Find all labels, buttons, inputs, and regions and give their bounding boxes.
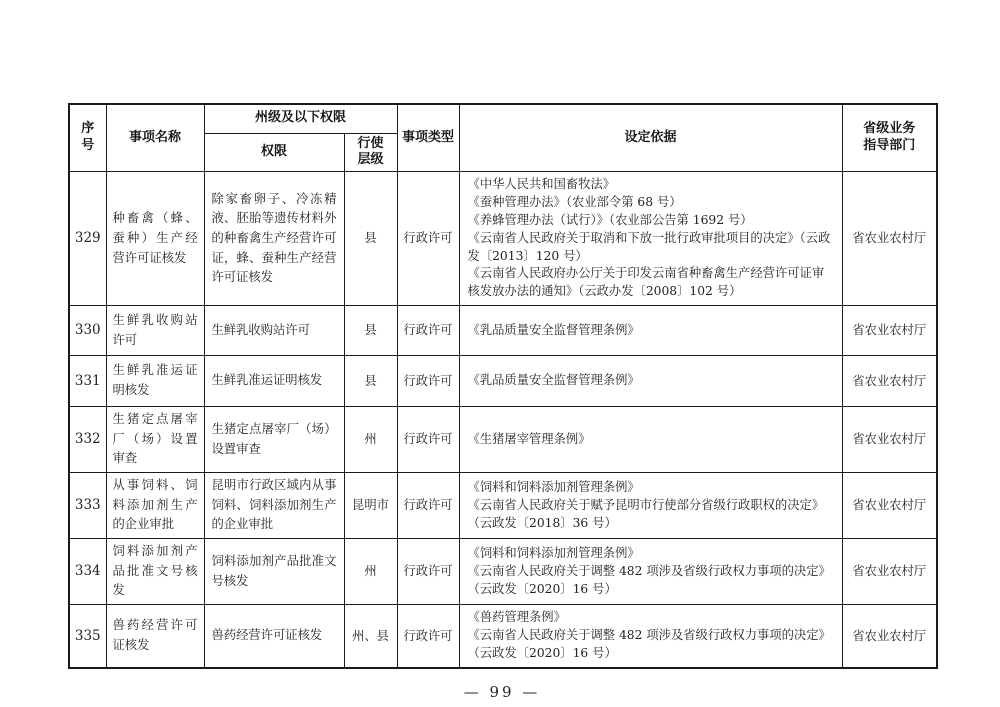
cell-item-name: 饲料添加剂产品批准文号核发 bbox=[106, 539, 204, 605]
table-row: 334 饲料添加剂产品批准文号核发 饲料添加剂产品批准文号核发 州 行政许可 《… bbox=[69, 539, 937, 605]
cell-exercise-level: 州 bbox=[344, 539, 397, 605]
table-row: 330 生鲜乳收购站许可 生鲜乳收购站许可 县 行政许可 《乳品质量安全监督管理… bbox=[69, 306, 937, 356]
cell-guidance-department: 省农业农村厅 bbox=[842, 356, 937, 407]
cell-setting-basis: 《兽药管理条例》 《云南省人民政府关于调整 482 项涉及省级行政权力事项的决定… bbox=[459, 605, 842, 668]
cell-serial-number: 329 bbox=[69, 172, 106, 306]
cell-serial-number: 335 bbox=[69, 605, 106, 668]
cell-item-name: 生猪定点屠宰厂（场）设置审查 bbox=[106, 407, 204, 473]
document-page: 序 号 事项名称 州级及以下权限 事项类型 设定依据 省级业务 指导部门 权限 … bbox=[68, 103, 936, 701]
header-authority: 权限 bbox=[204, 133, 344, 172]
cell-setting-basis: 《饲料和饲料添加剂管理条例》 《云南省人民政府关于调整 482 项涉及省级行政权… bbox=[459, 539, 842, 605]
cell-serial-number: 332 bbox=[69, 407, 106, 473]
cell-exercise-level: 县 bbox=[344, 356, 397, 407]
cell-exercise-level: 县 bbox=[344, 172, 397, 306]
header-guidance-department: 省级业务 指导部门 bbox=[842, 104, 937, 172]
cell-setting-basis: 《乳品质量安全监督管理条例》 bbox=[459, 306, 842, 356]
table-row: 332 生猪定点屠宰厂（场）设置审查 生猪定点屠宰厂（场）设置审查 州 行政许可… bbox=[69, 407, 937, 473]
page-number: — 99 — bbox=[68, 683, 936, 701]
permissions-table: 序 号 事项名称 州级及以下权限 事项类型 设定依据 省级业务 指导部门 权限 … bbox=[68, 103, 938, 669]
cell-setting-basis: 《中华人民共和国畜牧法》 《蚕种管理办法》（农业部令第 68 号） 《养蜂管理办… bbox=[459, 172, 842, 306]
table-row: 335 兽药经营许可证核发 兽药经营许可证核发 州、县 行政许可 《兽药管理条例… bbox=[69, 605, 937, 668]
cell-authority: 饲料添加剂产品批准文号核发 bbox=[204, 539, 344, 605]
cell-item-type: 行政许可 bbox=[397, 172, 459, 306]
cell-serial-number: 334 bbox=[69, 539, 106, 605]
table-row: 331 生鲜乳准运证明核发 生鲜乳准运证明核发 县 行政许可 《乳品质量安全监督… bbox=[69, 356, 937, 407]
cell-item-name: 生鲜乳收购站许可 bbox=[106, 306, 204, 356]
cell-setting-basis: 《饲料和饲料添加剂管理条例》 《云南省人民政府关于赋予昆明市行使部分省级行政职权… bbox=[459, 473, 842, 539]
cell-authority: 除家畜卵子、冷冻精液、胚胎等遗传材料外的种畜禽生产经营许可证，蜂、蚕种生产经营许… bbox=[204, 172, 344, 306]
cell-setting-basis: 《乳品质量安全监督管理条例》 bbox=[459, 356, 842, 407]
cell-setting-basis: 《生猪屠宰管理条例》 bbox=[459, 407, 842, 473]
header-state-level-authority-group: 州级及以下权限 bbox=[204, 104, 397, 133]
cell-item-name: 兽药经营许可证核发 bbox=[106, 605, 204, 668]
cell-exercise-level: 昆明市 bbox=[344, 473, 397, 539]
cell-exercise-level: 州、县 bbox=[344, 605, 397, 668]
cell-authority: 兽药经营许可证核发 bbox=[204, 605, 344, 668]
cell-guidance-department: 省农业农村厅 bbox=[842, 172, 937, 306]
header-setting-basis: 设定依据 bbox=[459, 104, 842, 172]
cell-authority: 生鲜乳收购站许可 bbox=[204, 306, 344, 356]
cell-authority: 昆明市行政区域内从事饲料、饲料添加剂生产的企业审批 bbox=[204, 473, 344, 539]
cell-guidance-department: 省农业农村厅 bbox=[842, 306, 937, 356]
table-header: 序 号 事项名称 州级及以下权限 事项类型 设定依据 省级业务 指导部门 权限 … bbox=[69, 104, 937, 172]
header-exercise-level: 行使 层级 bbox=[344, 133, 397, 172]
cell-authority: 生鲜乳准运证明核发 bbox=[204, 356, 344, 407]
cell-item-type: 行政许可 bbox=[397, 356, 459, 407]
header-serial-number: 序 号 bbox=[69, 104, 106, 172]
cell-guidance-department: 省农业农村厅 bbox=[842, 605, 937, 668]
cell-exercise-level: 县 bbox=[344, 306, 397, 356]
cell-item-type: 行政许可 bbox=[397, 407, 459, 473]
cell-serial-number: 330 bbox=[69, 306, 106, 356]
header-item-name: 事项名称 bbox=[106, 104, 204, 172]
cell-authority: 生猪定点屠宰厂（场）设置审查 bbox=[204, 407, 344, 473]
cell-item-type: 行政许可 bbox=[397, 473, 459, 539]
cell-item-type: 行政许可 bbox=[397, 605, 459, 668]
header-item-type: 事项类型 bbox=[397, 104, 459, 172]
cell-item-type: 行政许可 bbox=[397, 306, 459, 356]
table-body: 329 种畜禽（蜂、蚕种）生产经营许可证核发 除家畜卵子、冷冻精液、胚胎等遗传材… bbox=[69, 172, 937, 668]
cell-serial-number: 331 bbox=[69, 356, 106, 407]
cell-item-type: 行政许可 bbox=[397, 539, 459, 605]
cell-guidance-department: 省农业农村厅 bbox=[842, 407, 937, 473]
table-row: 333 从事饲料、饲料添加剂生产的企业审批 昆明市行政区域内从事饲料、饲料添加剂… bbox=[69, 473, 937, 539]
cell-item-name: 从事饲料、饲料添加剂生产的企业审批 bbox=[106, 473, 204, 539]
cell-serial-number: 333 bbox=[69, 473, 106, 539]
table-row: 329 种畜禽（蜂、蚕种）生产经营许可证核发 除家畜卵子、冷冻精液、胚胎等遗传材… bbox=[69, 172, 937, 306]
cell-guidance-department: 省农业农村厅 bbox=[842, 473, 937, 539]
cell-guidance-department: 省农业农村厅 bbox=[842, 539, 937, 605]
cell-item-name: 生鲜乳准运证明核发 bbox=[106, 356, 204, 407]
cell-exercise-level: 州 bbox=[344, 407, 397, 473]
cell-item-name: 种畜禽（蜂、蚕种）生产经营许可证核发 bbox=[106, 172, 204, 306]
